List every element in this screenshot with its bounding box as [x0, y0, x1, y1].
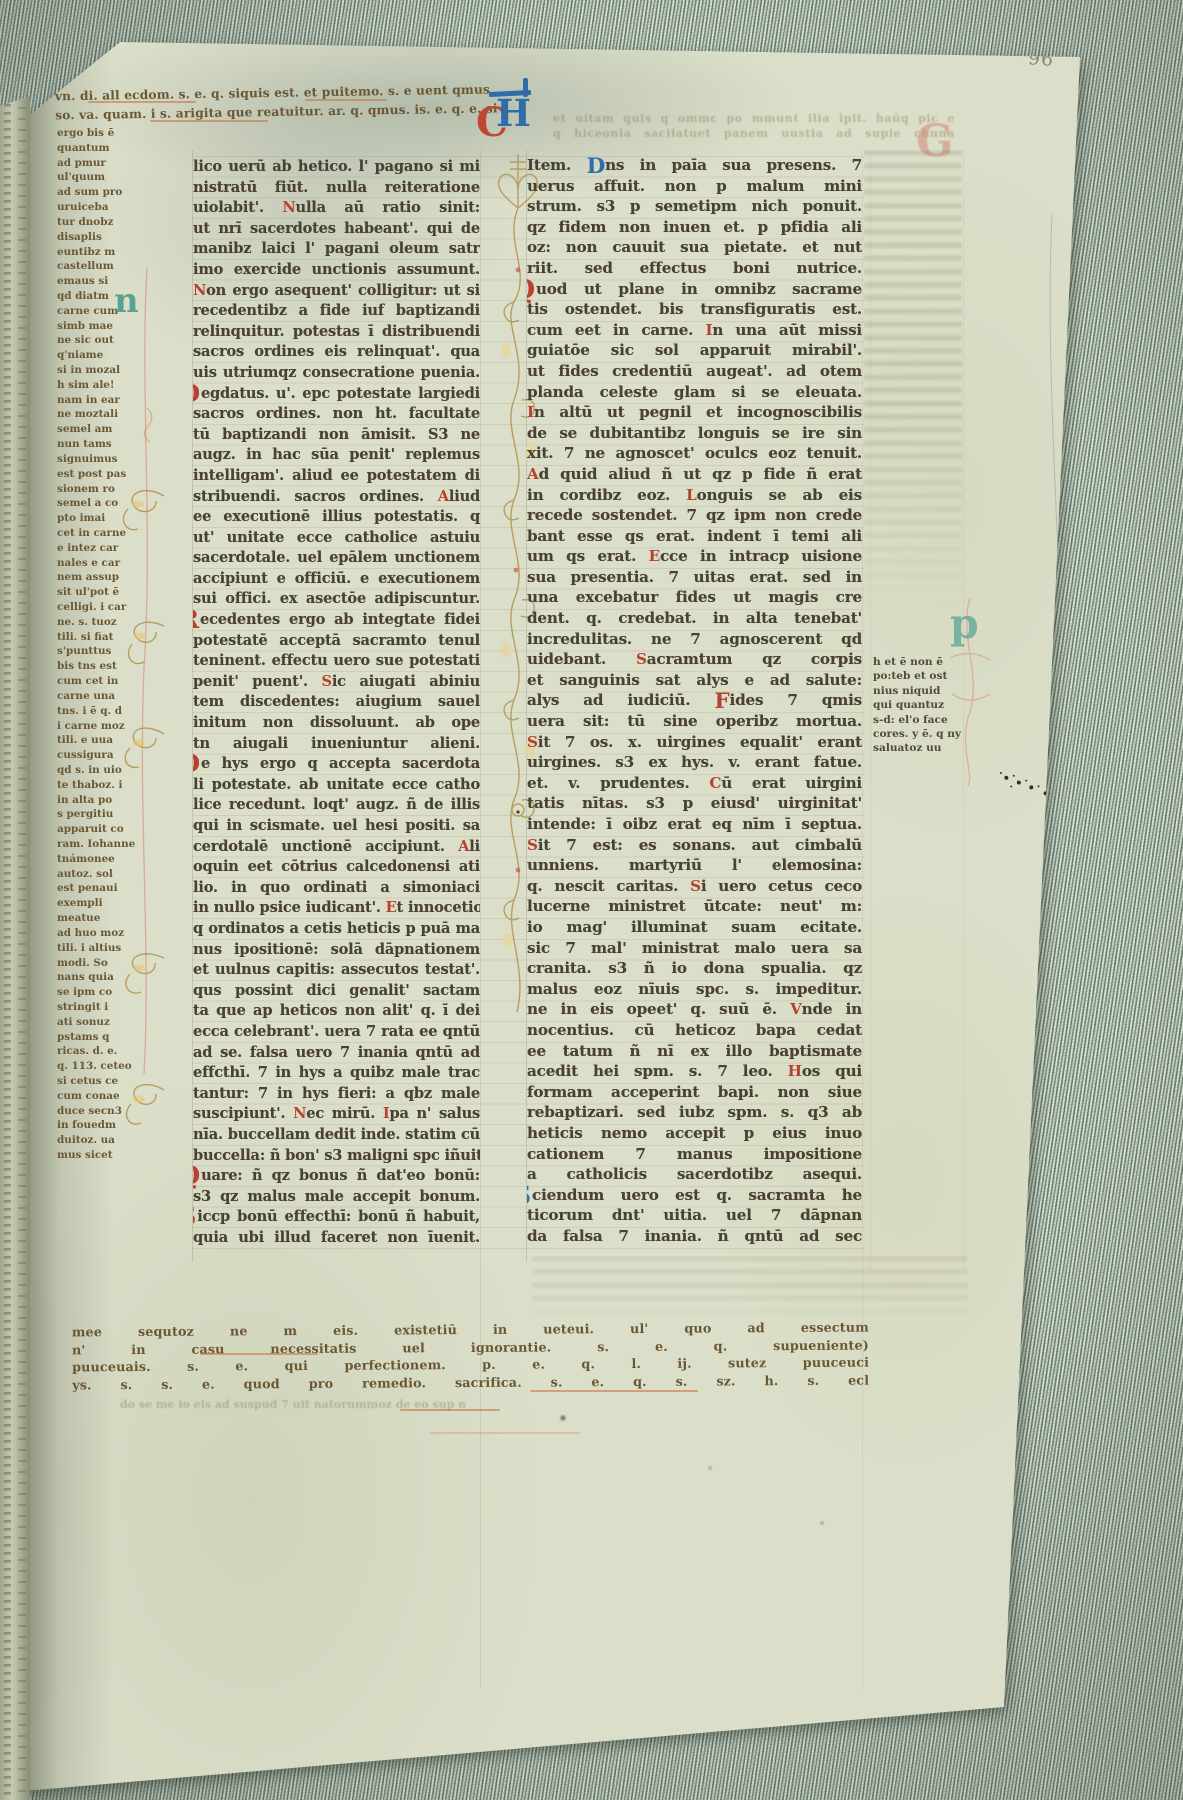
text-line: lico uerū ab hetico. l' pagano si mi: [193, 157, 480, 178]
decorated-initial: V: [790, 1000, 802, 1018]
text-line: stribuendi. sacros ordines. Aliud: [193, 487, 480, 508]
text-line: xit. 7 ne agnoscet' oculcs eoz tenuit.: [527, 443, 862, 464]
text-line: a catholicis sacerdotibz asequi.: [527, 1164, 862, 1185]
text-line: planda celeste glam si se eleuata.: [527, 382, 862, 403]
text-line: recedentibz a fide iuf baptizandi: [193, 301, 480, 322]
text-line: ut fides credentiū augeat'. ad otem: [527, 361, 862, 382]
text-line: alys ad iudiciū. Fides 7 qmis: [527, 690, 862, 711]
text-line: tem discedentes: aiugium sauel: [193, 692, 480, 713]
text-line: sacros ordines eis relinquat'. qua: [193, 342, 480, 363]
text-line: nīa. buccellam dedit inde. statim cū: [193, 1125, 480, 1146]
text-line: manibz laici l' pagani oleum satr: [193, 239, 480, 260]
text-line: lucerne ministret ūtcate: neut' m:: [527, 896, 862, 917]
text-line: heticis nemo accepit p eius inuo: [527, 1123, 862, 1144]
decorated-initial: A: [458, 838, 469, 855]
gloss-line: po:teb et ost: [873, 669, 967, 683]
decorated-initial: A: [438, 488, 449, 505]
text-line: ee executionē illius potestatis. q: [193, 507, 480, 528]
decorated-initial: N: [282, 199, 295, 216]
text-line: Sit 7 est: es sonans. aut cimbalū: [527, 835, 862, 856]
decorated-initial: N: [193, 282, 206, 299]
text-line: uis utriumqz consecratione puenia.: [193, 363, 480, 384]
gloss-line: ul'quum: [57, 170, 165, 185]
text-line: initum non dissoluunt. ab ope: [193, 713, 480, 734]
text-line: uirgines. s3 ex hys. v. erant fatue.: [527, 752, 862, 773]
text-line: sua presentia. 7 uitas erat. sed in: [527, 567, 862, 588]
text-line: recede sostendet. 7 qz ipm non crede: [527, 505, 862, 526]
text-line: accipiunt e officiū. e executionem: [193, 569, 480, 590]
text-line: Sciendum uero est q. sacramta he: [527, 1185, 862, 1206]
text-line: q ordinatos a cetis heticis p puā ma: [193, 919, 480, 940]
bleedthrough-annotation-line: do se me io eis ad suspud 7 uit natorumm…: [120, 1398, 760, 1411]
decorated-initial: L: [686, 486, 696, 504]
text-line: intelligam'. aliud ee potestatem di: [193, 466, 480, 487]
red-underline: [150, 120, 268, 122]
manuscript-photo: et uitam quis q ommc po mmunt ilia ipit.…: [0, 0, 1183, 1800]
text-line: In altū ut pegnil et incognoscibilis: [527, 402, 862, 423]
text-line: da falsa 7 inania. ñ qntū ad sec: [527, 1226, 862, 1247]
gloss-line: tur dnobz: [57, 215, 165, 230]
page-shadow: et uitam quis q ommc po mmunt ilia ipit.…: [0, 0, 1183, 1800]
text-line: teninent. effectu uero sue potestati: [193, 651, 480, 672]
text-line: uiolabit'. Nulla aū ratio sinit:: [193, 198, 480, 219]
text-line: qz fidem non inuen et. p pfidia ali: [527, 217, 862, 238]
red-underline: [200, 1353, 318, 1355]
text-line: io mag' illuminat suam ecitate.: [527, 917, 862, 938]
decorated-initial: S: [527, 836, 538, 854]
text-line: imo exercide unctionis assumunt.: [193, 260, 480, 281]
text-line: una excebatur fides ut magis cre: [527, 587, 862, 608]
text-line: tn aiugali inueniuntur alieni.: [193, 734, 480, 755]
gloss-line: qui quantuz: [873, 698, 967, 712]
gloss-teal-initial: n: [114, 281, 139, 321]
text-line: suscipiunt'. Nec mirū. Ipa n' salus: [193, 1104, 480, 1125]
text-line: ee tatum ñ nī ex illo baptismate: [527, 1041, 862, 1062]
text-line: lice recedunt. loqt' augz. ñ de illis: [193, 795, 480, 816]
text-line: et uulnus capitis: assecutos testat'.: [193, 960, 480, 981]
text-line: sacros ordines. non ht. facultate: [193, 404, 480, 425]
text-line: ticorum dnt' uitia. uel 7 dāpnan: [527, 1205, 862, 1226]
text-line: tatis nītas. s3 p eiusd' uirginitat': [527, 793, 862, 814]
monogram-blue-letter: H: [496, 91, 531, 135]
text-line: relinquitur. potestas ī distribuendi: [193, 322, 480, 343]
right-margin-gloss: h et ē non ēpo:teb et ostnius niquidqui …: [873, 655, 967, 756]
text-line: Quod ut plane in omnibz sacrame: [527, 279, 862, 300]
verso-bleedthrough-gloss: [864, 150, 962, 620]
red-underline: [305, 99, 387, 101]
ink-spatter-dots: [1000, 772, 1002, 774]
red-underline: [530, 1390, 698, 1392]
text-line: ad se. falsa uero 7 inania qntū ad: [193, 1043, 480, 1064]
text-line: qui in scismate. uel hesi positi. sa: [193, 816, 480, 837]
text-line: Item. Dns in paīa sua presens. 7: [527, 155, 862, 176]
decorated-initial: H: [788, 1062, 802, 1080]
text-line: malus eoz nīuis spc. s. impeditur.: [527, 979, 862, 1000]
text-line: Non ergo asequent' colligitur: ut si: [193, 281, 480, 302]
text-line: De hys ergo q accepta sacerdota: [193, 754, 480, 775]
text-line: et sanguinis sat alys e ad salute:: [527, 670, 862, 691]
gloss-line: euntibz m: [57, 245, 165, 260]
text-line: Siccp bonū effecthī: bonū ñ habuit,: [193, 1207, 480, 1228]
bleed-line: et uitam quis q ommc po mmunt ilia ipit.…: [553, 111, 955, 126]
decorated-initial: C: [709, 774, 721, 792]
text-line: nistratū fiūt. nulla reiteratione: [193, 178, 480, 199]
verso-bleedthrough-text: et uitam quis q ommc po mmunt ilia ipit.…: [553, 111, 955, 141]
text-line: nocentius. cū heticoz bapa cedat: [527, 1020, 862, 1041]
gloss-line: nius niquid: [873, 684, 967, 698]
main-text-column-1: lico uerū ab hetico. l' pagano si minist…: [193, 157, 480, 1248]
text-line: et. v. prudentes. Cū erat uirgini: [527, 773, 862, 794]
text-line: nus ipositionē: solā dāpnationem: [193, 940, 480, 961]
text-line: sic 7 mal' ministrat malo uera sa: [527, 938, 862, 959]
text-line: de se dubitantibz longuis se ire sin: [527, 423, 862, 444]
text-line: acedit hei spm. s. 7 leo. Hos qui: [527, 1061, 862, 1082]
text-line: intende: ī oibz erat eq nīm ī septua.: [527, 814, 862, 835]
text-line: cum eet in carne. In una aūt missi: [527, 320, 862, 341]
text-line: sacerdotale. uel epālem unctionem: [193, 548, 480, 569]
text-line: riit. sed effectus boni nutrice.: [527, 258, 862, 279]
text-line: augz. in hac sūa penit' replemus: [193, 445, 480, 466]
main-text-column-2: Item. Dns in paīa sua presens. 7uerus af…: [527, 155, 862, 1246]
annotation-line: ys. s. s. e. quod pro remedio. sacrifica…: [72, 1372, 869, 1394]
text-line: tū baptizandi non āmisit. S3 ne: [193, 425, 480, 446]
gloss-line: disaplis: [57, 230, 165, 245]
gloss-line: uruiceba: [57, 200, 165, 215]
text-line: s3 qz malus male accepit bonum.: [193, 1187, 480, 1208]
decorated-initial: S: [527, 733, 538, 751]
text-line: bant esse qs erat. indent ī temi ali: [527, 526, 862, 547]
text-line: tis ostendet. bis transfiguratis est.: [527, 299, 862, 320]
text-line: Recedentes ergo ab integtate fidei: [193, 610, 480, 631]
gloss-line: cores. y ē. q ny: [873, 727, 967, 741]
gloss-line: ergo bis ē: [57, 126, 165, 141]
decorated-initial: I: [383, 1105, 390, 1122]
decorated-initial: I: [527, 403, 534, 421]
decorated-initial: S: [690, 877, 701, 895]
red-underline: [88, 101, 196, 103]
text-line: potestatē acceptā sacramto tenul: [193, 631, 480, 652]
text-line: lio. in quo ordinati a simoniaci: [193, 878, 480, 899]
text-line: formam acceperint bapi. non siue: [527, 1082, 862, 1103]
text-line: q. nescit caritas. Si uero cetus ceco: [527, 876, 862, 897]
text-line: unniens. martyriū l' elemosina:: [527, 855, 862, 876]
text-line: ta que ap heticos non alit' q. ī dei: [193, 1001, 480, 1022]
text-line: uera sit: tū sine operibz mortua.: [527, 711, 862, 732]
red-underline: [430, 1432, 580, 1434]
decorated-initial: S: [636, 650, 647, 668]
text-line: ut' unitate ecce catholice astuiu: [193, 528, 480, 549]
gloss-line: ad pmur: [57, 156, 165, 171]
text-line: uerus affuit. non p malum mini: [527, 176, 862, 197]
ruling-vertical: [480, 150, 481, 1690]
text-line: ne in eis opeet' q. suū ē. Vnde in: [527, 999, 862, 1020]
gloss-line: ad sum pro: [57, 185, 165, 200]
gloss-line: quantum: [57, 141, 165, 156]
text-line: quia ubi illud faceret non īuenit.: [193, 1228, 480, 1249]
decorated-initial: I: [705, 321, 712, 339]
text-line: oquin eet cōtrius calcedonensi ati: [193, 857, 480, 878]
decorated-initial: A: [527, 465, 539, 483]
text-line: tantur: 7 in hys fieri: a qbz male: [193, 1084, 480, 1105]
text-line: in cordibz eoz. Longuis se ab eis: [527, 485, 862, 506]
manuscript-page: et uitam quis q ommc po mmunt ilia ipit.…: [0, 0, 1183, 1800]
text-line: sui offici. ex asectōe adipiscuntur.: [193, 589, 480, 610]
text-line: Degdatus. u'. epc potestate largiedi: [193, 384, 480, 405]
text-line: in nullo psice iudicant'. Et innocetio: [193, 898, 480, 919]
text-line: ecca celebrant'. uera 7 rata ee qntū: [193, 1022, 480, 1043]
text-line: Quare: ñ qz bonus ñ dat'eo bonū:: [193, 1166, 480, 1187]
text-line: um qs erat. Ecce in intracp uisione: [527, 546, 862, 567]
text-line: strum. s3 p semetipm nich ponuit.: [527, 196, 862, 217]
text-line: dent. q. credebat. in alta tenebat': [527, 608, 862, 629]
text-line: ut nrī sacerdotes habeant'. qui de: [193, 219, 480, 240]
text-line: penit' puent'. Sic aiugati abiniu: [193, 672, 480, 693]
text-line: rebaptizari. sed iubz spm. s. q3 ab: [527, 1102, 862, 1123]
gloss-line: h et ē non ē: [873, 655, 967, 669]
verso-bleedthrough-lines: [532, 1256, 968, 1320]
text-line: guiatōe sic sol apparuit mirabil'.: [527, 340, 862, 361]
book-fore-edge-strip: [0, 96, 30, 1800]
text-line: qus possint dici genalit' sactam: [193, 981, 480, 1002]
folio-number: 96: [1027, 47, 1055, 71]
marginal-pen-sprays: [98, 438, 170, 1210]
chapter-monogram: C H: [476, 86, 552, 148]
bottom-marginal-annotation: mee sequtoz ne m eis. existetiū in ueteu…: [72, 1320, 869, 1395]
text-line: Sit 7 os. x. uirgines equalit' erant: [527, 732, 862, 753]
text-line: cationem 7 manus impositione: [527, 1144, 862, 1165]
decorated-initial: E: [649, 547, 660, 565]
text-line: buccella: ñ bon' s3 maligni spc iñuit.: [193, 1146, 480, 1167]
decorated-initial: S: [321, 673, 331, 690]
text-line: oz: non cauuit sua pietate. et nut: [527, 237, 862, 258]
decorated-initial: N: [293, 1105, 306, 1122]
stray-fiber: [1040, 215, 1086, 1015]
text-line: incredulitas. ne 7 agnoscerent qd: [527, 629, 862, 650]
bleed-line: q hiceonia sacilatuet panem uustia ad su…: [553, 126, 955, 141]
text-line: uidebant. Sacramtum qz corpis: [527, 649, 862, 670]
ruling-vertical: [862, 150, 863, 1690]
gloss-line: s-d: el'o face: [873, 713, 967, 727]
decorated-initial: E: [386, 899, 397, 916]
gloss-line: saluatoz uu: [873, 741, 967, 755]
text-line: li potestate. ab unitate ecce catho: [193, 775, 480, 796]
text-line: cerdotalē unctionē accipiunt. Ali: [193, 837, 480, 858]
text-line: Ad quid aliud ñ ut qz p fide ñ erat: [527, 464, 862, 485]
text-line: effcthī. 7 in hys a quibz male trac: [193, 1063, 480, 1084]
text-line: cranita. s3 ñ io dona spualia. qz: [527, 958, 862, 979]
